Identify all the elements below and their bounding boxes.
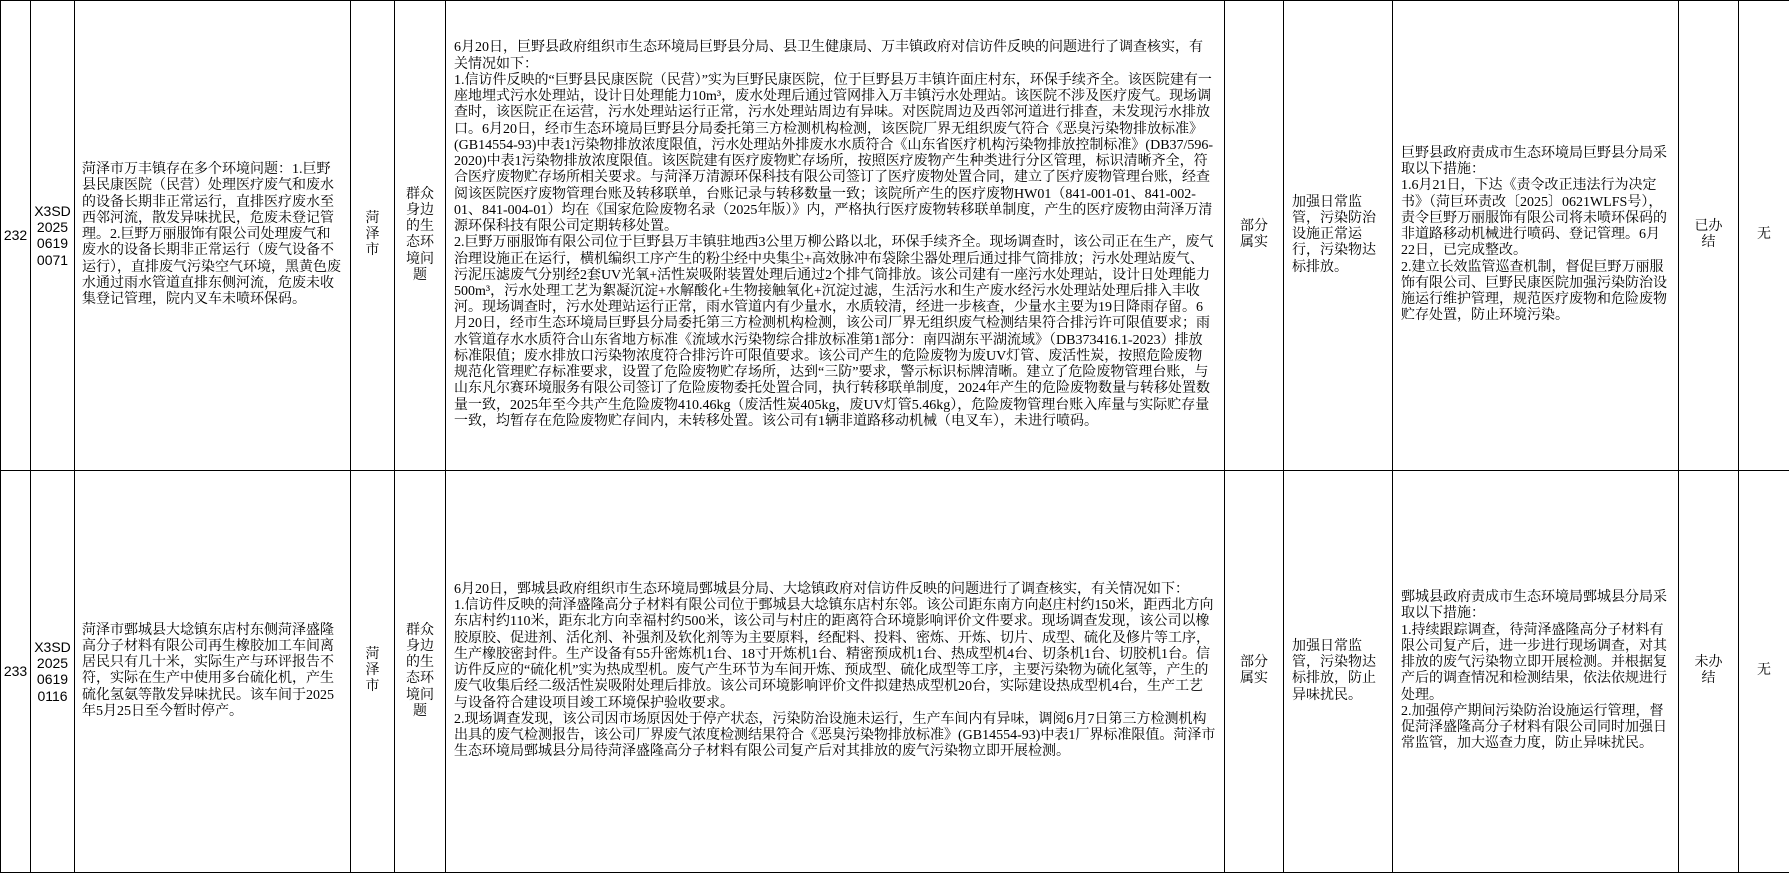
punishment-cell: 无: [1739, 470, 1789, 872]
petition-investigation-table: 232 X3SD202506190071 菏泽市万丰镇存在多个环境问题：1.巨野…: [0, 0, 1789, 873]
problem-category: 群众身边的生态环境问题: [395, 1, 446, 471]
city-cell: 菏泽市: [351, 1, 395, 471]
investigation-detail: 6月20日，鄄城县政府组织市生态环境局鄄城县分局、大埝镇政府对信访件反映的问题进…: [446, 470, 1225, 872]
serial-number: 233: [1, 470, 31, 872]
handling-measures: 鄄城县政府责成市生态环境局鄄城县分局采取以下措施： 1.持续跟踪调查，待菏泽盛隆…: [1393, 470, 1679, 872]
table-row: 232 X3SD202506190071 菏泽市万丰镇存在多个环境问题：1.巨野…: [1, 1, 1789, 471]
case-id: X3SD202506190116: [31, 470, 75, 872]
punishment-cell: 无: [1739, 1, 1789, 471]
serial-number: 232: [1, 1, 31, 471]
status-cell: 未办结: [1679, 470, 1739, 872]
case-id: X3SD202506190071: [31, 1, 75, 471]
verification-result: 部分属实: [1225, 1, 1284, 471]
problem-category: 群众身边的生态环境问题: [395, 470, 446, 872]
supervision-requirement: 加强日常监管，污染物达标排放，防止异味扰民。: [1284, 470, 1393, 872]
verification-result: 部分属实: [1225, 470, 1284, 872]
city-cell: 菏泽市: [351, 470, 395, 872]
investigation-detail: 6月20日，巨野县政府组织市生态环境局巨野县分局、县卫生健康局、万丰镇政府对信访…: [446, 1, 1225, 471]
handling-measures: 巨野县政府责成市生态环境局巨野县分局采取以下措施： 1.6月21日，下达《责令改…: [1393, 1, 1679, 471]
complaint-text: 菏泽市鄄城县大埝镇东店村东侧菏泽盛隆高分子材料有限公司再生橡胶加工车间离居民只有…: [75, 470, 351, 872]
supervision-requirement: 加强日常监管，污染防治设施正常运行，污染物达标排放。: [1284, 1, 1393, 471]
complaint-text: 菏泽市万丰镇存在多个环境问题：1.巨野县民康医院（民营）处理医疗废气和废水的设备…: [75, 1, 351, 471]
table-row: 233 X3SD202506190116 菏泽市鄄城县大埝镇东店村东侧菏泽盛隆高…: [1, 470, 1789, 872]
status-cell: 已办结: [1679, 1, 1739, 471]
